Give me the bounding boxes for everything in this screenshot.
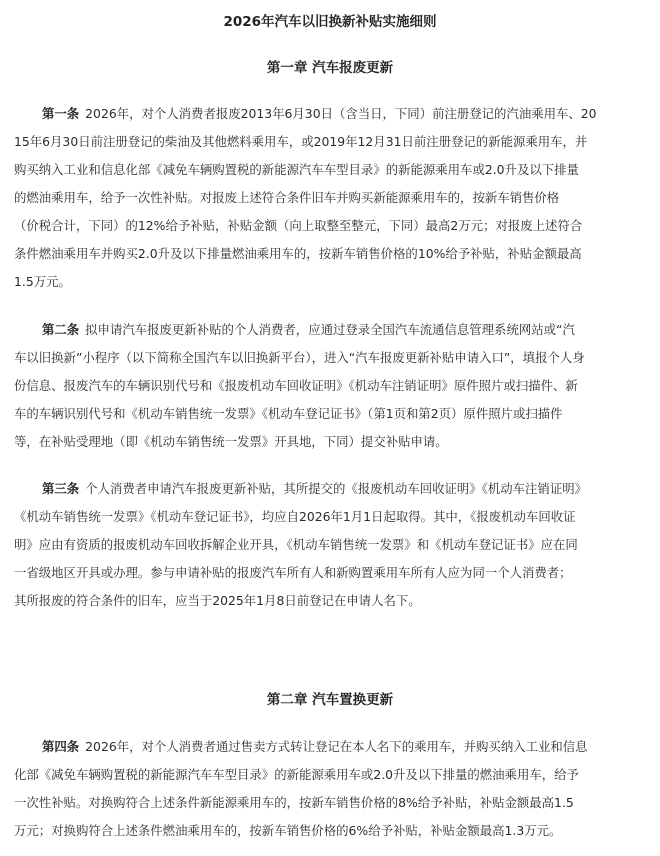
article-4: 第四条2026年，对个人消费者通过售卖方式转让登记在本人名下的乘用车，并购买纳入… xyxy=(14,733,654,845)
article-line: 其所报废的符合条件的旧车，应当于2025年1月8日前登记在申请人名下。 xyxy=(14,587,654,615)
chapter-2-heading: 第二章 汽车置换更新 xyxy=(0,688,660,708)
article-1: 第一条2026年，对个人消费者报废2013年6月30日（含当日，下同）前注册登记… xyxy=(14,100,654,296)
document-title: 2026年汽车以旧换新补贴实施细则 xyxy=(0,10,660,30)
article-line: 化部《减免车辆购置税的新能源汽车车型目录》的新能源乘用车或2.0升及以下排量的燃… xyxy=(14,761,654,789)
article-number: 第四条 xyxy=(42,739,79,754)
article-line: 一省级地区开具或办理。参与申请补贴的报废汽车所有人和新购置乘用车所有人应为同一个… xyxy=(14,559,654,587)
article-2: 第二条拟申请汽车报废更新补贴的个人消费者，应通过登录全国汽车流通信息管理系统网站… xyxy=(14,316,654,456)
article-line: 明》应由有资质的报废机动车回收拆解企业开具，《机动车销售统一发票》和《机动车登记… xyxy=(14,531,654,559)
article-number: 第二条 xyxy=(42,322,79,337)
article-line: 第四条2026年，对个人消费者通过售卖方式转让登记在本人名下的乘用车，并购买纳入… xyxy=(14,733,654,761)
article-line: 购买纳入工业和信息化部《减免车辆购置税的新能源汽车车型目录》的新能源乘用车或2.… xyxy=(14,156,654,184)
article-line: （价税合计，下同）的12%给予补贴，补贴金额（向上取整至整元，下同）最高2万元；… xyxy=(14,212,654,240)
article-number: 第三条 xyxy=(42,481,79,496)
article-line: 车的车辆识别代号和《机动车销售统一发票》《机动车登记证书》（第1页和第2页）原件… xyxy=(14,400,654,428)
article-3: 第三条个人消费者申请汽车报废更新补贴，其所提交的《报废机动车回收证明》《机动车注… xyxy=(14,475,654,615)
article-line: 第一条2026年，对个人消费者报废2013年6月30日（含当日，下同）前注册登记… xyxy=(14,100,654,128)
article-line: 《机动车销售统一发票》《机动车登记证书》，均应自2026年1月1日起取得。其中，… xyxy=(14,503,654,531)
article-line: 第二条拟申请汽车报废更新补贴的个人消费者，应通过登录全国汽车流通信息管理系统网站… xyxy=(14,316,654,344)
article-line: 车以旧换新”小程序（以下简称全国汽车以旧换新平台），进入“汽车报废更新补贴申请入… xyxy=(14,344,654,372)
article-line: 15年6月30日前注册登记的柴油及其他燃料乘用车，或2019年12月31日前注册… xyxy=(14,128,654,156)
article-line: 第三条个人消费者申请汽车报废更新补贴，其所提交的《报废机动车回收证明》《机动车注… xyxy=(14,475,654,503)
article-line: 份信息、报废汽车的车辆识别代号和《报废机动车回收证明》《机动车注销证明》原件照片… xyxy=(14,372,654,400)
article-line: 一次性补贴。对换购符合上述条件新能源乘用车的，按新车销售价格的8%给予补贴，补贴… xyxy=(14,789,654,817)
article-line: 等，在补贴受理地（即《机动车销售统一发票》开具地，下同）提交补贴申请。 xyxy=(14,428,654,456)
article-line: 万元；对换购符合上述条件燃油乘用车的，按新车销售价格的6%给予补贴，补贴金额最高… xyxy=(14,817,654,845)
article-line: 1.5万元。 xyxy=(14,268,654,296)
article-number: 第一条 xyxy=(42,106,79,121)
article-line: 条件燃油乘用车并购买2.0升及以下排量燃油乘用车的，按新车销售价格的10%给予补… xyxy=(14,240,654,268)
chapter-1-heading: 第一章 汽车报废更新 xyxy=(0,56,660,76)
article-line: 的燃油乘用车，给予一次性补贴。对报废上述符合条件旧车并购买新能源乘用车的，按新车… xyxy=(14,184,654,212)
